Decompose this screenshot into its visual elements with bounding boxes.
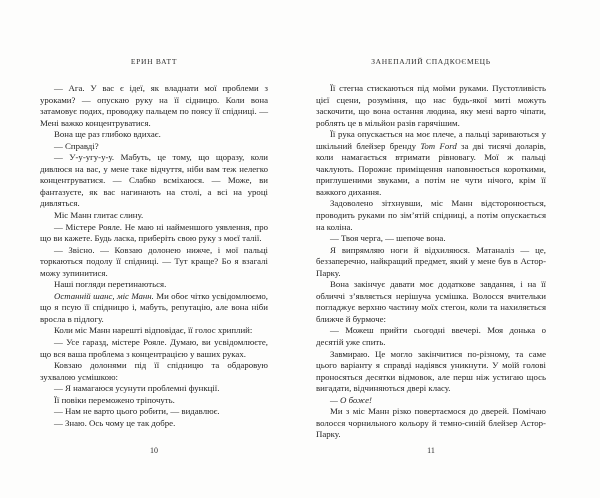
- paragraph: Ковзаю долонями під її спідницю та обдар…: [40, 360, 268, 383]
- left-page-number: 10: [40, 446, 268, 455]
- paragraph: Коли міс Манн нарешті відповідає, її гол…: [40, 325, 268, 337]
- paragraph: — Я намагаюся усунути проблемні функції.: [40, 383, 268, 395]
- left-page: ЕРИН ВАТТ — Ага. У вас є ідеї, як владна…: [0, 0, 300, 498]
- paragraph: — Усе гаразд, містере Рояле. Думаю, ви у…: [40, 337, 268, 360]
- paragraph: Вона ще раз глибоко вдихає.: [40, 129, 268, 141]
- paragraph: — Звісно. — Ковзаю долонею нижче, і мої …: [40, 245, 268, 280]
- paragraph: Її рука опускається на моє плече, а паль…: [316, 129, 546, 198]
- right-page-number: 11: [316, 446, 546, 455]
- paragraph: — Містере Рояле. Не маю ні найменшого уя…: [40, 222, 268, 245]
- left-page-body: — Ага. У вас є ідеї, як владнати мої про…: [40, 83, 268, 429]
- left-running-header: ЕРИН ВАТТ: [40, 57, 268, 66]
- paragraph: Її стегна стискаються під моїми руками. …: [316, 83, 546, 129]
- paragraph: Я випрямляю ноги й відхиляюся. Матаналіз…: [316, 245, 546, 280]
- paragraph: — Справді?: [40, 141, 268, 153]
- paragraph: Міс Манн глитає слину.: [40, 210, 268, 222]
- paragraph: Ми з міс Манн різко повертаємося до двер…: [316, 406, 546, 441]
- paragraph: Задоволено зітхнувши, міс Манн відсторон…: [316, 198, 546, 233]
- paragraph: — Твоя черга, — шепоче вона.: [316, 233, 546, 245]
- paragraph: — О боже!: [316, 395, 546, 407]
- paragraph: Наші погляди перетинаються.: [40, 279, 268, 291]
- book-spread: ЕРИН ВАТТ — Ага. У вас є ідеї, як владна…: [0, 0, 600, 498]
- paragraph: Її повіки переможено тріпочуть.: [40, 395, 268, 407]
- paragraph: — Нам не варто цього робити, — видавлює.: [40, 406, 268, 418]
- paragraph: — Ага. У вас є ідеї, як владнати мої про…: [40, 83, 268, 129]
- paragraph: Завмираю. Це могло закінчитися по-різном…: [316, 349, 546, 395]
- paragraph: — Можеш прийти сьогодні ввечері. Моя дон…: [316, 325, 546, 348]
- paragraph: Останній шанс, міс Манн. Ми обоє чітко у…: [40, 291, 268, 326]
- paragraph: — Знаю. Ось чому це так добре.: [40, 418, 268, 430]
- right-running-header: ЗАНЕПАЛИЙ СПАДКОЄМЕЦЬ: [316, 57, 546, 66]
- paragraph: Вона закінчує давати моє додаткове завда…: [316, 279, 546, 325]
- right-page: ЗАНЕПАЛИЙ СПАДКОЄМЕЦЬ Її стегна стискают…: [300, 0, 600, 498]
- right-page-body: Її стегна стискаються під моїми руками. …: [316, 83, 546, 441]
- paragraph: — У-у-угу-у-у. Мабуть, це тому, що щораз…: [40, 152, 268, 210]
